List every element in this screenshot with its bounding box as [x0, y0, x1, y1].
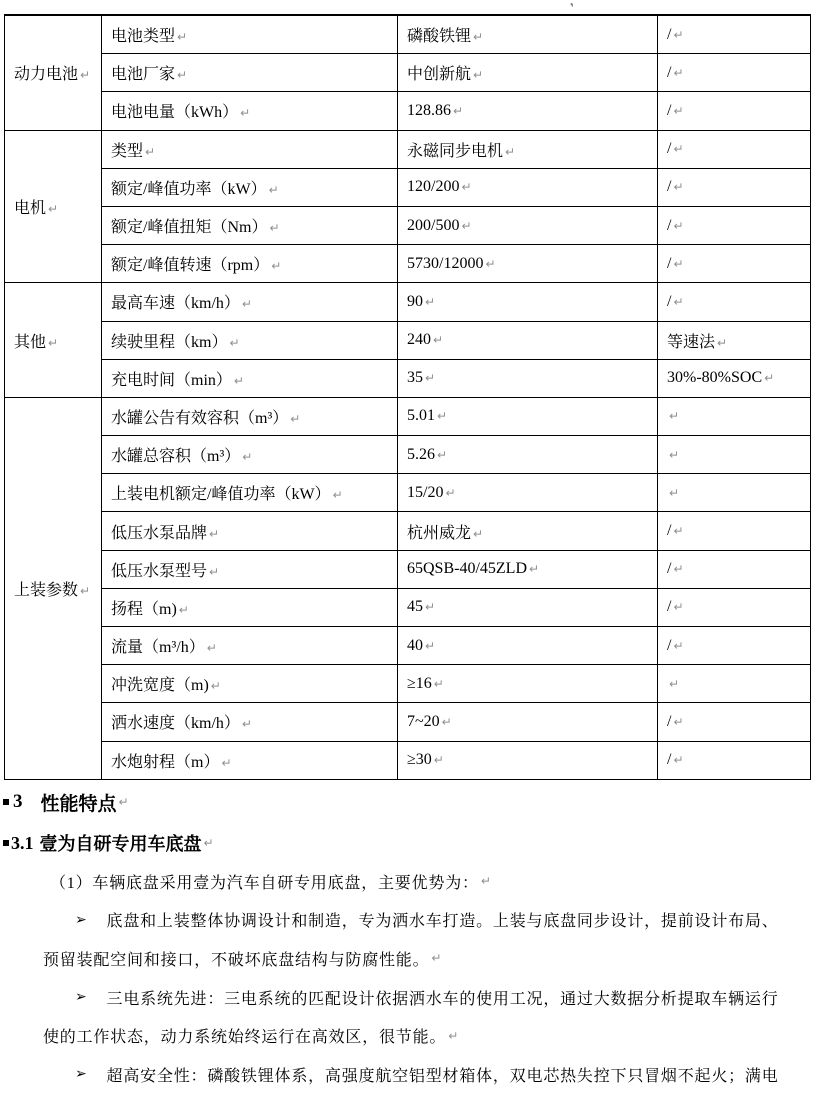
- param-cell: 低压水泵品牌↵: [102, 512, 398, 550]
- value-cell: 5730/12000↵: [398, 245, 658, 283]
- param-text: 电池电量（kWh）: [111, 104, 238, 121]
- param-cell: 冲洗宽度（m)↵: [102, 665, 398, 703]
- heading-number: 3.1: [11, 833, 34, 854]
- remark-text: /: [667, 560, 671, 577]
- paragraph-return-icon: ↵: [673, 600, 683, 614]
- remark-cell: ↵: [658, 665, 811, 703]
- heading-title: 性能特点: [41, 789, 117, 816]
- paragraph-return-icon: ↵: [269, 183, 279, 197]
- table-row: 额定/峰值转速（rpm）↵5730/12000↵/↵: [5, 245, 811, 283]
- param-cell: 水炮射程（m）↵: [102, 741, 398, 779]
- remark-cell: /↵: [658, 54, 811, 92]
- group-label-text: 上装参数: [14, 582, 78, 599]
- param-cell: 水罐公告有效容积（m³）↵: [102, 397, 398, 435]
- value-cell: 35↵: [398, 359, 658, 397]
- remark-cell: /↵: [658, 550, 811, 588]
- param-cell: 水罐总容积（m³）↵: [102, 436, 398, 474]
- param-cell: 额定/峰值扭矩（Nm）↵: [102, 206, 398, 244]
- table-row: 流量（m³/h）↵40↵/↵: [5, 627, 811, 665]
- paragraph-return-icon: ↵: [269, 221, 279, 235]
- param-text: 最高车速（km/h）: [111, 295, 240, 312]
- param-text: 冲洗宽度（m): [111, 677, 209, 694]
- paragraph-return-icon: ↵: [234, 374, 244, 388]
- paragraph-return-icon: ↵: [240, 106, 250, 120]
- paragraph-return-icon: ↵: [473, 527, 483, 541]
- value-cell: 磷酸铁锂↵: [398, 15, 658, 54]
- param-text: 额定/峰值转速（rpm）: [111, 257, 269, 274]
- paragraph-return-icon: ↵: [673, 28, 683, 42]
- param-cell: 上装电机额定/峰值功率（kW）↵: [102, 474, 398, 512]
- value-cell: 中创新航↵: [398, 54, 658, 92]
- paragraph-return-icon: ↵: [481, 874, 492, 888]
- heading-section-3: 3 性能特点 ↵: [0, 788, 129, 816]
- heading-marker-icon: [3, 840, 9, 846]
- remark-cell: /↵: [658, 15, 811, 54]
- remark-text: /: [667, 637, 671, 654]
- paragraph-return-icon: ↵: [669, 677, 679, 691]
- group-label-cell: 其他↵: [5, 283, 102, 398]
- heading-marker-icon: [3, 799, 9, 805]
- paragraph-return-icon: ↵: [473, 68, 483, 82]
- param-text: 水炮射程（m）: [111, 754, 219, 771]
- paragraph-return-icon: ↵: [453, 104, 463, 118]
- paragraph-return-icon: ↵: [207, 641, 217, 655]
- remark-cell: /↵: [658, 741, 811, 779]
- remark-cell: /↵: [658, 206, 811, 244]
- paragraph-return-icon: ↵: [673, 142, 683, 156]
- paragraph-text: 预留装配空间和接口，不破坏底盘结构与防腐性能。: [43, 947, 429, 970]
- value-text: 5.26: [407, 446, 435, 463]
- value-text: ≥16: [407, 675, 432, 692]
- remark-cell: /↵: [658, 283, 811, 321]
- paragraph-text: 底盘和上装整体协调设计和制造，专为洒水车打造。上装与底盘同步设计，提前设计布局、: [107, 908, 779, 931]
- table-row: 上装参数↵水罐公告有效容积（m³）↵5.01↵↵: [5, 397, 811, 435]
- remark-text: /: [667, 217, 671, 234]
- value-text: 15/20: [407, 484, 443, 501]
- value-cell: 128.86↵: [398, 92, 658, 130]
- value-text: 40: [407, 637, 423, 654]
- table-row: 冲洗宽度（m)↵≥16↵↵: [5, 665, 811, 703]
- cut-off-text-fragment: ，: [569, 0, 585, 7]
- paragraph-return-icon: ↵: [290, 412, 300, 426]
- value-text: 永磁同步电机: [407, 143, 503, 160]
- param-cell: 电池电量（kWh）↵: [102, 92, 398, 130]
- paragraph-return-icon: ↵: [442, 715, 452, 729]
- paragraph-return-icon: ↵: [425, 371, 435, 385]
- param-cell: 扬程（m)↵: [102, 588, 398, 626]
- value-cell: 7~20↵: [398, 703, 658, 741]
- remark-text: /: [667, 64, 671, 81]
- table-row: 水罐总容积（m³）↵5.26↵↵: [5, 436, 811, 474]
- value-text: 7~20: [407, 713, 440, 730]
- remark-text: /: [667, 102, 671, 119]
- paragraph-return-icon: ↵: [209, 565, 219, 579]
- group-label-text: 电机: [14, 200, 46, 217]
- remark-text: /: [667, 178, 671, 195]
- paragraph-return-icon: ↵: [669, 448, 679, 462]
- param-text: 水罐总容积（m³）: [111, 448, 240, 465]
- remark-text: 30%-80%SOC: [667, 369, 762, 386]
- remark-cell: 30%-80%SOC↵: [658, 359, 811, 397]
- paragraph-return-icon: ↵: [673, 562, 683, 576]
- param-text: 额定/峰值扭矩（Nm）: [111, 219, 267, 236]
- param-text: 扬程（m): [111, 601, 177, 618]
- paragraph-return-icon: ↵: [673, 639, 683, 653]
- param-text: 续驶里程（km）: [111, 334, 227, 351]
- paragraph-return-icon: ↵: [229, 336, 239, 350]
- remark-text: /: [667, 751, 671, 768]
- paragraph-return-icon: ↵: [434, 753, 444, 767]
- value-text: 35: [407, 369, 423, 386]
- remark-text: /: [667, 26, 671, 43]
- value-cell: 5.01↵: [398, 397, 658, 435]
- paragraph-return-icon: ↵: [145, 145, 155, 159]
- param-cell: 最高车速（km/h）↵: [102, 283, 398, 321]
- param-text: 上装电机额定/峰值功率（kW）: [111, 486, 331, 503]
- remark-text: 等速法: [667, 334, 715, 351]
- value-text: 240: [407, 331, 431, 348]
- paragraph-return-icon: ↵: [673, 104, 683, 118]
- remark-cell: /↵: [658, 130, 811, 168]
- paragraph-return-icon: ↵: [529, 562, 539, 576]
- paragraph-return-icon: ↵: [48, 202, 58, 216]
- remark-cell: ↵: [658, 474, 811, 512]
- param-cell: 续驶里程（km）↵: [102, 321, 398, 359]
- paragraph-return-icon: ↵: [425, 639, 435, 653]
- paragraph-line: （1）车辆底盘采用壹为汽车自研专用底盘，主要优势为：↵: [43, 862, 823, 901]
- paragraph-return-icon: ↵: [271, 259, 281, 273]
- value-cell: ≥30↵: [398, 741, 658, 779]
- bullet-arrow-icon: ➢: [75, 989, 88, 1005]
- value-text: 120/200: [407, 178, 459, 195]
- param-cell: 低压水泵型号↵: [102, 550, 398, 588]
- value-cell: 120/200↵: [398, 168, 658, 206]
- value-text: 65QSB-40/45ZLD: [407, 560, 527, 577]
- heading-number: 3: [13, 791, 23, 813]
- paragraph-return-icon: ↵: [209, 527, 219, 541]
- param-cell: 洒水速度（km/h）↵: [102, 703, 398, 741]
- param-cell: 类型↵: [102, 130, 398, 168]
- value-text: 中创新航: [407, 66, 471, 83]
- paragraph-return-icon: ↵: [673, 753, 683, 767]
- paragraph-line: 预留装配空间和接口，不破坏底盘结构与防腐性能。↵: [43, 939, 823, 978]
- paragraph-return-icon: ↵: [80, 68, 90, 82]
- spec-table: 动力电池↵电池类型↵磷酸铁锂↵/↵电池厂家↵中创新航↵/↵电池电量（kWh）↵1…: [4, 14, 811, 780]
- paragraph-return-icon: ↵: [242, 450, 252, 464]
- remark-cell: /↵: [658, 588, 811, 626]
- paragraph-return-icon: ↵: [221, 756, 231, 770]
- paragraph-text: 使的工作状态，动力系统始终运行在高效区，很节能。: [43, 1024, 446, 1047]
- paragraph-return-icon: ↵: [211, 679, 221, 693]
- param-cell: 充电时间（min）↵: [102, 359, 398, 397]
- value-cell: 15/20↵: [398, 474, 658, 512]
- paragraph-return-icon: ↵: [204, 836, 214, 850]
- bullet-arrow-icon: ➢: [75, 1066, 88, 1082]
- param-cell: 电池厂家↵: [102, 54, 398, 92]
- param-text: 电池厂家: [111, 66, 175, 83]
- paragraph-text: 三电系统先进：三电系统的匹配设计依据洒水车的使用工况，通过大数据分析提取车辆运行: [107, 986, 779, 1009]
- paragraph-return-icon: ↵: [669, 486, 679, 500]
- paragraph-return-icon: ↵: [673, 715, 683, 729]
- remark-cell: /↵: [658, 627, 811, 665]
- table-row: 充电时间（min）↵35↵30%-80%SOC↵: [5, 359, 811, 397]
- table-row: 水炮射程（m）↵≥30↵/↵: [5, 741, 811, 779]
- table-row: 扬程（m)↵45↵/↵: [5, 588, 811, 626]
- remark-cell: 等速法↵: [658, 321, 811, 359]
- value-text: 5730/12000: [407, 255, 483, 272]
- param-cell: 电池类型↵: [102, 15, 398, 54]
- paragraph-return-icon: ↵: [673, 295, 683, 309]
- paragraph-return-icon: ↵: [179, 603, 189, 617]
- remark-cell: /↵: [658, 245, 811, 283]
- paragraph-return-icon: ↵: [437, 409, 447, 423]
- remark-cell: /↵: [658, 512, 811, 550]
- remark-text: /: [667, 522, 671, 539]
- value-cell: ≥16↵: [398, 665, 658, 703]
- paragraph-return-icon: ↵: [673, 219, 683, 233]
- table-row: 低压水泵品牌↵杭州威龙↵/↵: [5, 512, 811, 550]
- paragraph-return-icon: ↵: [505, 145, 515, 159]
- remark-text: /: [667, 713, 671, 730]
- value-cell: 45↵: [398, 588, 658, 626]
- param-text: 水罐公告有效容积（m³）: [111, 410, 288, 427]
- paragraph-return-icon: ↵: [48, 336, 58, 350]
- paragraph-line: 使的工作状态，动力系统始终运行在高效区，很节能。↵: [43, 1016, 823, 1055]
- paragraph-return-icon: ↵: [177, 30, 187, 44]
- paragraph-return-icon: ↵: [425, 295, 435, 309]
- remark-text: /: [667, 598, 671, 615]
- paragraph-return-icon: ↵: [461, 180, 471, 194]
- param-text: 电池类型: [111, 28, 175, 45]
- remark-cell: /↵: [658, 92, 811, 130]
- paragraph-return-icon: ↵: [434, 677, 444, 691]
- paragraph-return-icon: ↵: [764, 371, 774, 385]
- table-row: 电机↵类型↵永磁同步电机↵/↵: [5, 130, 811, 168]
- paragraph-text: （1）车辆底盘采用壹为汽车自研专用底盘，主要优势为：: [50, 870, 479, 893]
- paragraph-return-icon: ↵: [445, 486, 455, 500]
- value-cell: 5.26↵: [398, 436, 658, 474]
- paragraph-line: ➢超高安全性：磷酸铁锂体系，高强度航空铝型材箱体，双电芯热失控下只冒烟不起火；满…: [43, 1055, 823, 1094]
- paragraph-line: ➢底盘和上装整体协调设计和制造，专为洒水车打造。上装与底盘同步设计，提前设计布局…: [43, 901, 823, 940]
- remark-cell: ↵: [658, 436, 811, 474]
- group-label-cell: 上装参数↵: [5, 397, 102, 779]
- table-row: 续驶里程（km）↵240↵等速法↵: [5, 321, 811, 359]
- param-text: 额定/峰值功率（kW）: [111, 181, 267, 198]
- param-text: 洒水速度（km/h）: [111, 715, 240, 732]
- table-row: 洒水速度（km/h）↵7~20↵/↵: [5, 703, 811, 741]
- value-text: 5.01: [407, 407, 435, 424]
- param-cell: 额定/峰值功率（kW）↵: [102, 168, 398, 206]
- value-text: 杭州威龙: [407, 525, 471, 542]
- paragraph-return-icon: ↵: [673, 524, 683, 538]
- table-row: 动力电池↵电池类型↵磷酸铁锂↵/↵: [5, 15, 811, 54]
- table-row: 低压水泵型号↵65QSB-40/45ZLD↵/↵: [5, 550, 811, 588]
- param-text: 流量（m³/h）: [111, 639, 205, 656]
- value-cell: 200/500↵: [398, 206, 658, 244]
- paragraph-return-icon: ↵: [119, 795, 129, 809]
- param-cell: 额定/峰值转速（rpm）↵: [102, 245, 398, 283]
- group-label-text: 其他: [14, 334, 46, 351]
- value-cell: 90↵: [398, 283, 658, 321]
- paragraph-return-icon: ↵: [448, 1029, 459, 1043]
- paragraph-return-icon: ↵: [673, 66, 683, 80]
- table-row: 额定/峰值扭矩（Nm）↵200/500↵/↵: [5, 206, 811, 244]
- table-row: 电池厂家↵中创新航↵/↵: [5, 54, 811, 92]
- heading-section-3-1: 3.1 壹为自研专用车底盘 ↵: [0, 830, 214, 856]
- document-page: ， 动力电池↵电池类型↵磷酸铁锂↵/↵电池厂家↵中创新航↵/↵电池电量（kWh）…: [0, 0, 831, 1102]
- value-cell: 永磁同步电机↵: [398, 130, 658, 168]
- remark-cell: /↵: [658, 168, 811, 206]
- value-text: 45: [407, 598, 423, 615]
- value-text: 磷酸铁锂: [407, 28, 471, 45]
- value-cell: 杭州威龙↵: [398, 512, 658, 550]
- heading-title: 壹为自研专用车底盘: [40, 830, 202, 856]
- group-label-text: 动力电池: [14, 66, 78, 83]
- value-text: ≥30: [407, 751, 432, 768]
- value-cell: 40↵: [398, 627, 658, 665]
- paragraph-return-icon: ↵: [673, 180, 683, 194]
- paragraph-return-icon: ↵: [437, 448, 447, 462]
- param-cell: 流量（m³/h）↵: [102, 627, 398, 665]
- paragraph-return-icon: ↵: [177, 68, 187, 82]
- remark-text: /: [667, 255, 671, 272]
- paragraph-return-icon: ↵: [485, 257, 495, 271]
- paragraph-return-icon: ↵: [80, 584, 90, 598]
- table-row: 额定/峰值功率（kW）↵120/200↵/↵: [5, 168, 811, 206]
- body-paragraphs: （1）车辆底盘采用壹为汽车自研专用底盘，主要优势为：↵➢底盘和上装整体协调设计和…: [43, 862, 823, 1094]
- paragraph-return-icon: ↵: [673, 257, 683, 271]
- value-text: 128.86: [407, 102, 451, 119]
- paragraph-return-icon: ↵: [473, 30, 483, 44]
- param-text: 低压水泵型号: [111, 563, 207, 580]
- paragraph-return-icon: ↵: [242, 297, 252, 311]
- paragraph-return-icon: ↵: [433, 333, 443, 347]
- param-text: 类型: [111, 143, 143, 160]
- paragraph-return-icon: ↵: [425, 600, 435, 614]
- value-text: 90: [407, 293, 423, 310]
- remark-cell: /↵: [658, 703, 811, 741]
- paragraph-line: ➢三电系统先进：三电系统的匹配设计依据洒水车的使用工况，通过大数据分析提取车辆运…: [43, 978, 823, 1017]
- group-label-cell: 动力电池↵: [5, 15, 102, 130]
- paragraph-return-icon: ↵: [333, 488, 343, 502]
- table-row: 电池电量（kWh）↵128.86↵/↵: [5, 92, 811, 130]
- table-row: 上装电机额定/峰值功率（kW）↵15/20↵↵: [5, 474, 811, 512]
- bullet-arrow-icon: ➢: [75, 912, 88, 928]
- value-cell: 65QSB-40/45ZLD↵: [398, 550, 658, 588]
- paragraph-return-icon: ↵: [242, 717, 252, 731]
- remark-text: /: [667, 293, 671, 310]
- value-cell: 240↵: [398, 321, 658, 359]
- group-label-cell: 电机↵: [5, 130, 102, 283]
- paragraph-return-icon: ↵: [717, 336, 727, 350]
- paragraph-return-icon: ↵: [461, 219, 471, 233]
- remark-text: /: [667, 140, 671, 157]
- value-text: 200/500: [407, 217, 459, 234]
- paragraph-text: 超高安全性：磷酸铁锂体系，高强度航空铝型材箱体，双电芯热失控下只冒烟不起火；满电: [107, 1063, 779, 1086]
- remark-cell: ↵: [658, 397, 811, 435]
- paragraph-return-icon: ↵: [431, 951, 442, 965]
- paragraph-return-icon: ↵: [669, 409, 679, 423]
- param-text: 充电时间（min）: [111, 372, 232, 389]
- param-text: 低压水泵品牌: [111, 525, 207, 542]
- table-row: 其他↵最高车速（km/h）↵90↵/↵: [5, 283, 811, 321]
